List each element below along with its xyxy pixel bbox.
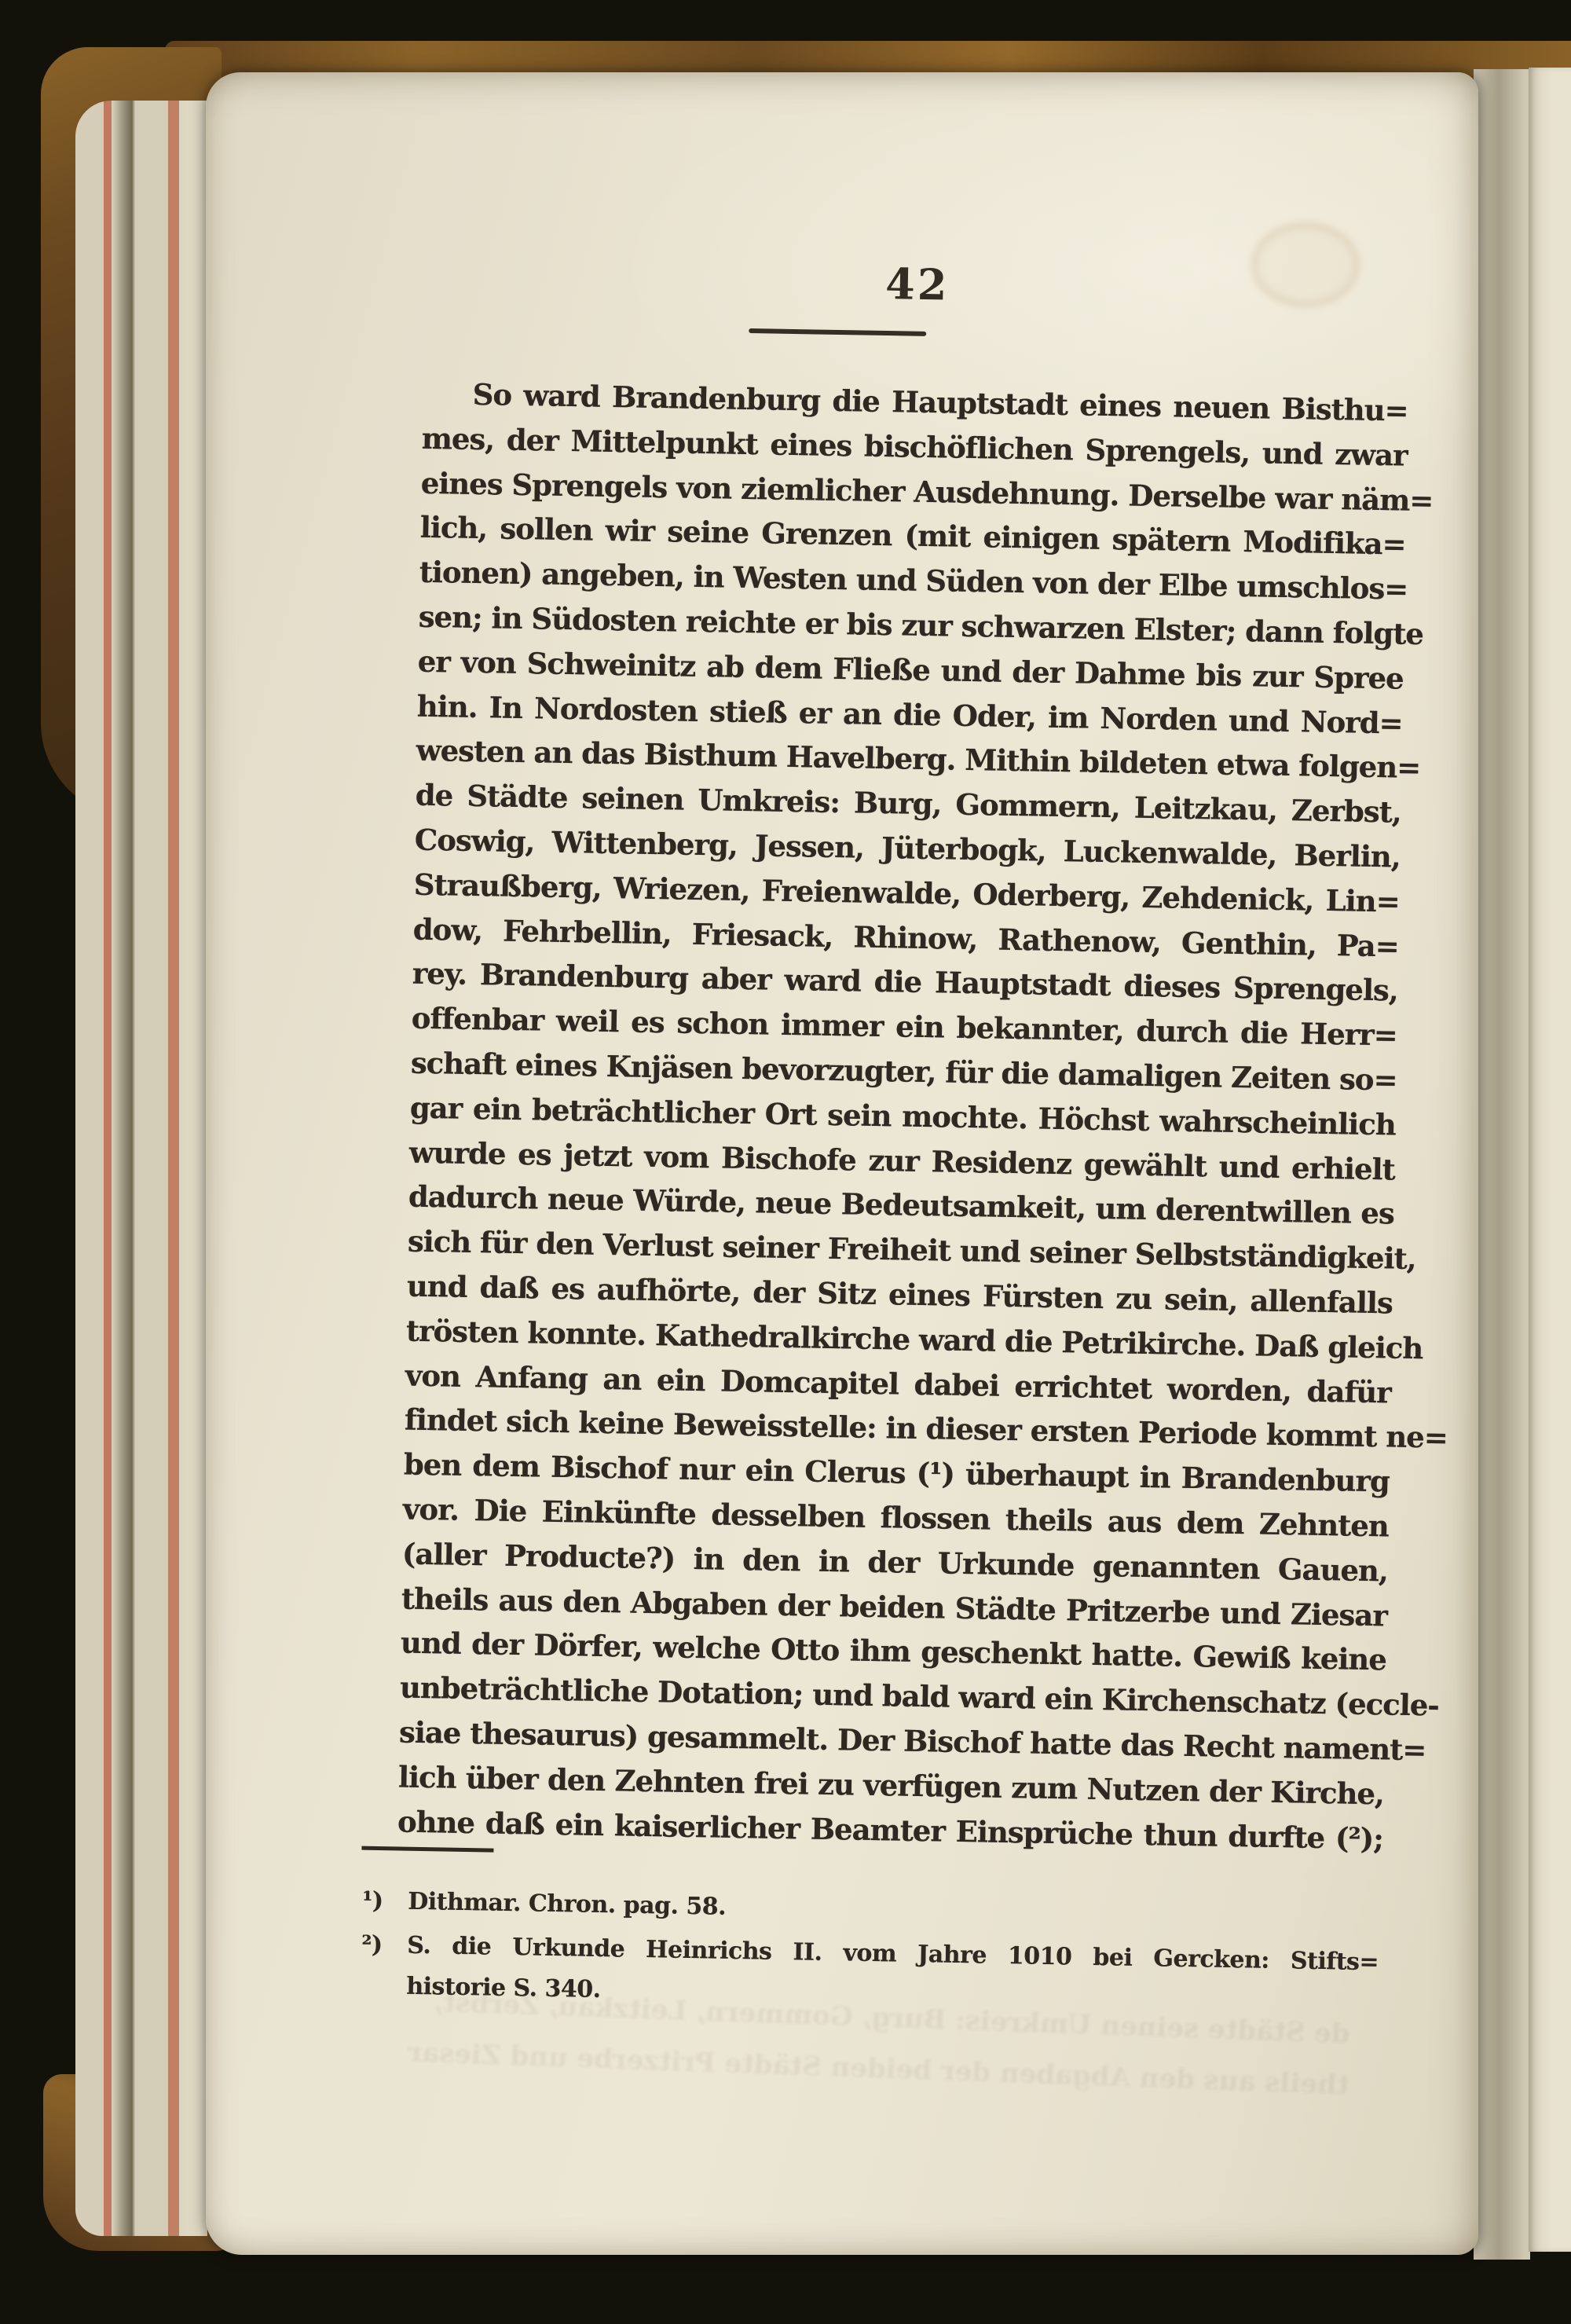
- body-text: So ward Brandenburg die Hauptstadt eines…: [397, 372, 1409, 1861]
- gutter-shadow: [1474, 69, 1530, 2260]
- facing-page-edge: [1529, 68, 1571, 2252]
- page-number: 42: [424, 251, 1411, 318]
- footnote-1-label: ¹): [362, 1881, 408, 1923]
- book-page: 42 So ward Brandenburg die Hauptstadt ei…: [206, 72, 1478, 2255]
- page-number-rule: [749, 328, 926, 336]
- page-content: 42 So ward Brandenburg die Hauptstadt ei…: [168, 61, 1478, 2266]
- footnote-separator-rule: [361, 1846, 493, 1853]
- showthrough-line: theils aus den Abgaben der beiden Städte…: [406, 2036, 1349, 2101]
- footnote-2-label: ²): [361, 1925, 408, 1967]
